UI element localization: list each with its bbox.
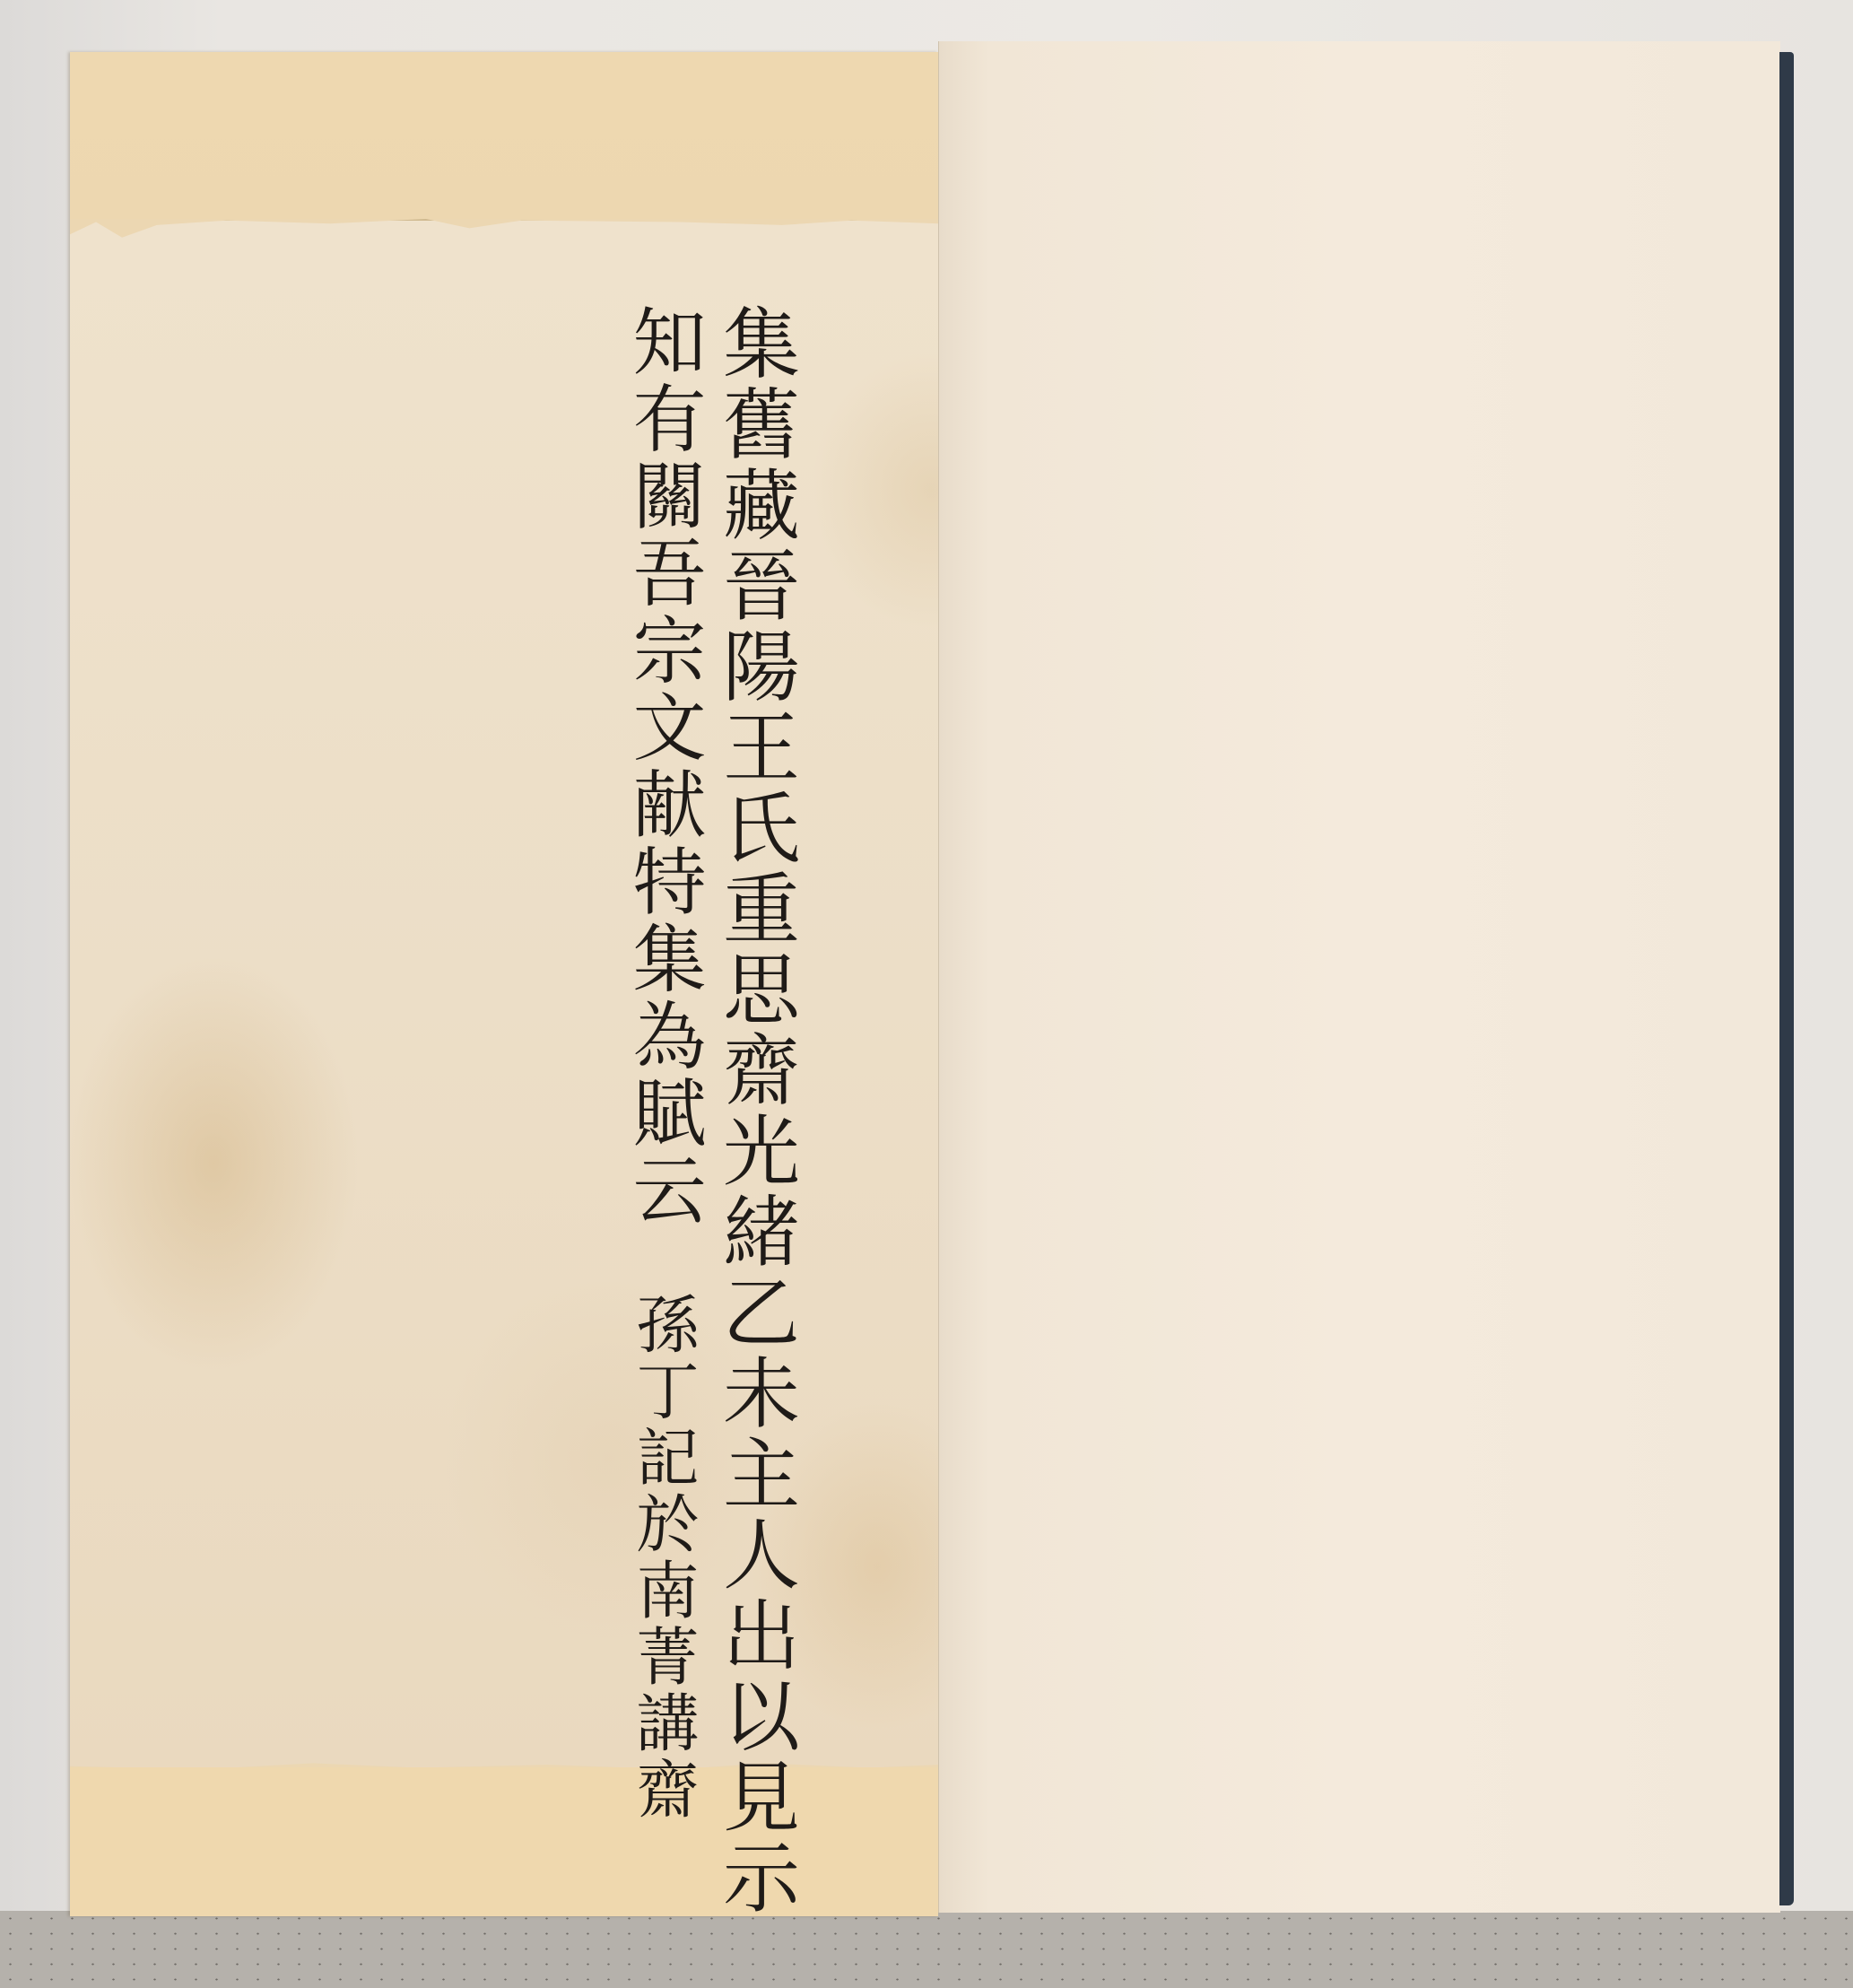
mounting-strip-top xyxy=(70,52,938,219)
colophon-column-1: 集舊藏晉陽王氏重思齋光緒乙未主人出以見示 xyxy=(716,303,793,1918)
colophon-signature: 孫丁記於南菁講齋 xyxy=(631,1292,694,1823)
book-cover-edge xyxy=(1779,52,1794,1905)
mounting-strip-bottom xyxy=(70,1767,938,1916)
right-page-blank xyxy=(938,41,1780,1913)
open-album: 集舊藏晉陽王氏重思齋光緒乙未主人出以見示 知有關吾宗文献特集為賦云 孫丁記於南菁… xyxy=(0,0,1853,1988)
left-page xyxy=(70,52,938,1916)
colophon-leaf xyxy=(70,219,938,1771)
colophon-column-2-text: 知有關吾宗文献特集為賦云 xyxy=(621,303,706,1229)
colophon-column-2: 知有關吾宗文献特集為賦云 孫丁記於南菁講齋 xyxy=(626,303,700,1823)
